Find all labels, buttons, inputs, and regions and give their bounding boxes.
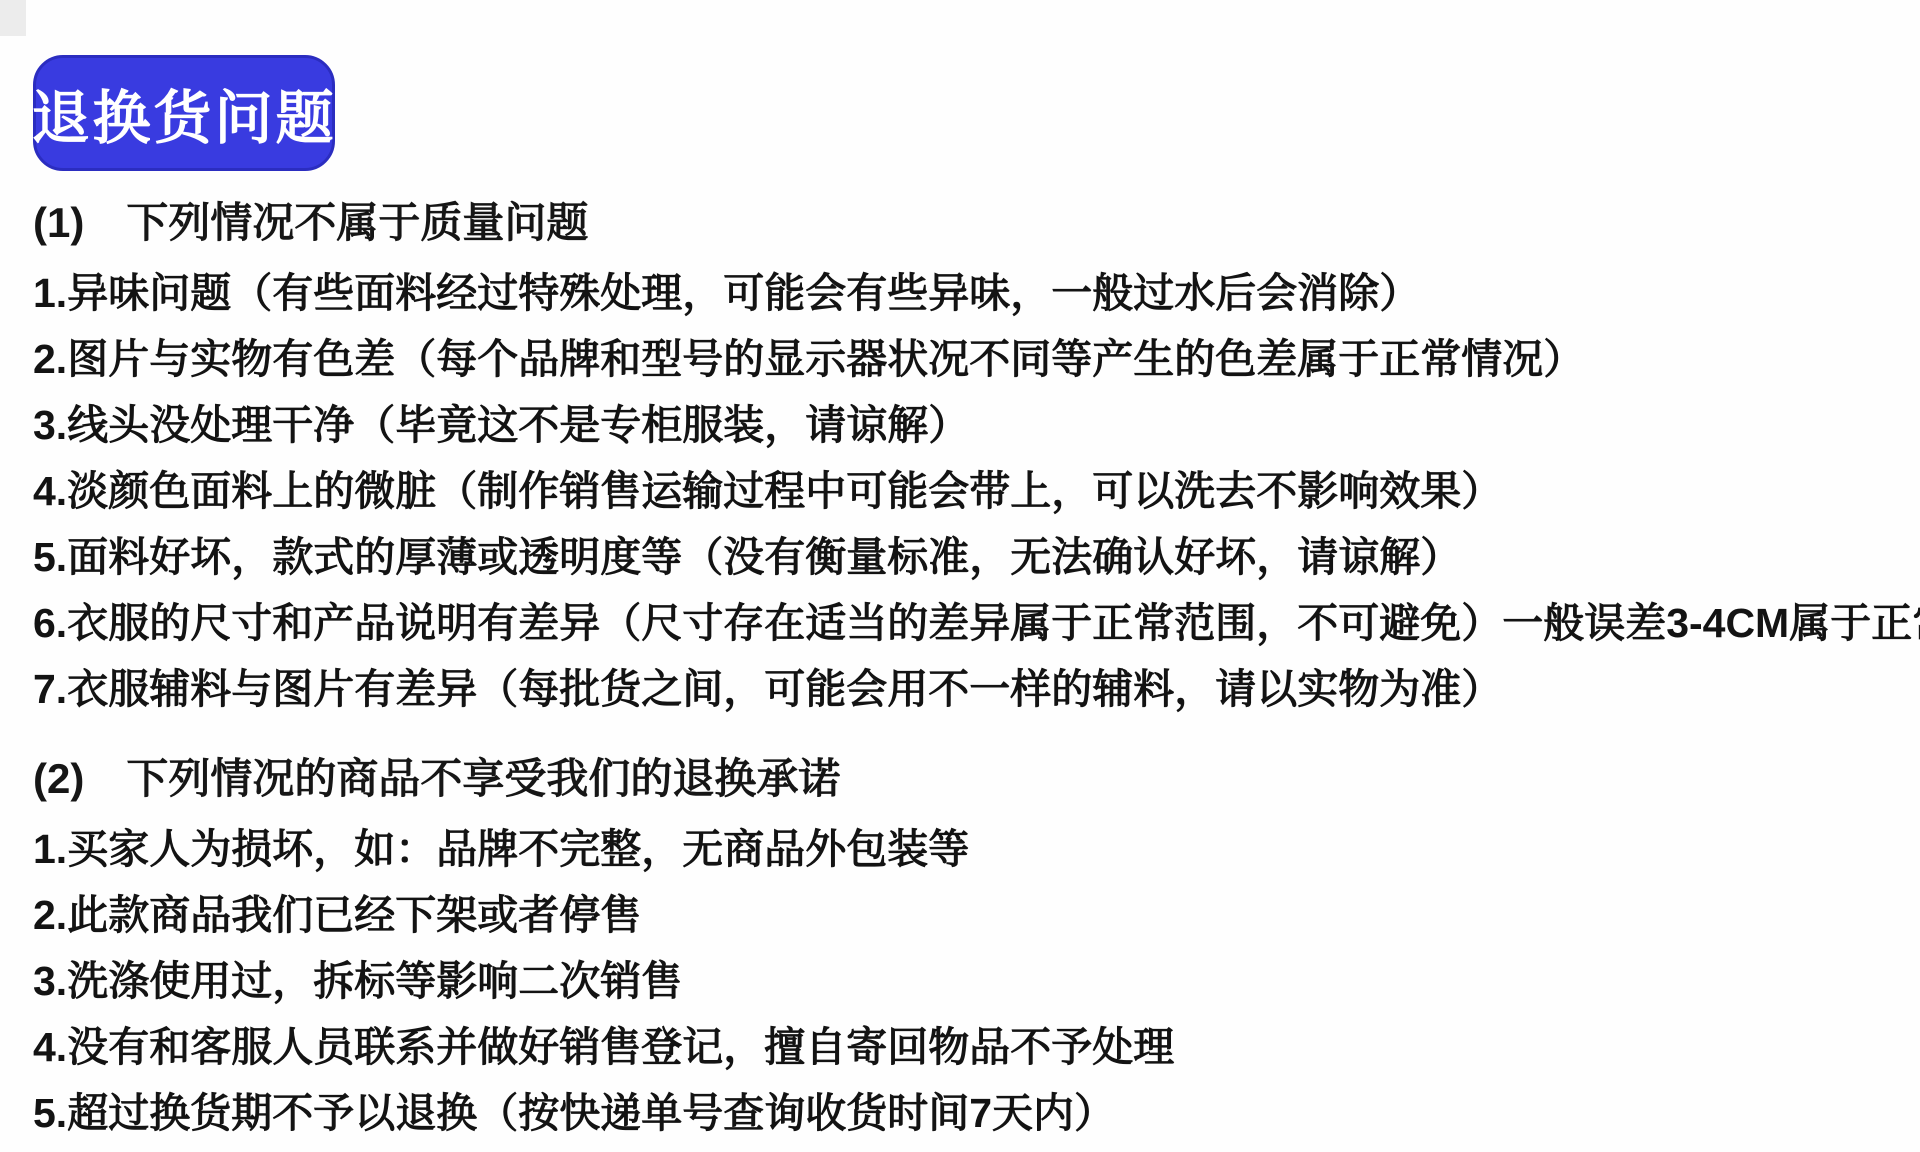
list-item: 2.此款商品我们已经下架或者停售 (33, 882, 1917, 948)
list-item: 1.买家人为损坏，如：品牌不完整，无商品外包装等 (33, 816, 1917, 882)
list-item: 6.衣服的尺寸和产品说明有差异（尺寸存在适当的差异属于正常范围，不可避免）一般误… (33, 590, 1917, 656)
list-item: 3.线头没处理干净（毕竟这不是专柜服装，请谅解） (33, 392, 1917, 458)
section-1-heading: (1) 下列情况不属于质量问题 (33, 186, 1917, 260)
section-2-heading: (2) 下列情况的商品不享受我们的退换承诺 (33, 742, 1917, 816)
list-item: 4.没有和客服人员联系并做好销售登记，擅自寄回物品不予处理 (33, 1014, 1917, 1080)
list-item: 4.淡颜色面料上的微脏（制作销售运输过程中可能会带上，可以洗去不影响效果） (33, 458, 1917, 524)
scan-artifact (0, 0, 26, 36)
list-item: 2.图片与实物有色差（每个品牌和型号的显示器状况不同等产生的色差属于正常情况） (33, 326, 1917, 392)
list-item: 3.洗涤使用过，拆标等影响二次销售 (33, 948, 1917, 1014)
return-policy-notice: 退换货问题 (1) 下列情况不属于质量问题 1.异味问题（有些面料经过特殊处理，… (0, 0, 1920, 1152)
list-item: 1.异味问题（有些面料经过特殊处理，可能会有些异味，一般过水后会消除） (33, 260, 1917, 326)
title-badge: 退换货问题 (33, 55, 335, 171)
section-quality-issues: (1) 下列情况不属于质量问题 1.异味问题（有些面料经过特殊处理，可能会有些异… (33, 186, 1917, 722)
section-no-return-cases: (2) 下列情况的商品不享受我们的退换承诺 1.买家人为损坏，如：品牌不完整，无… (33, 742, 1917, 1146)
list-item: 5.超过换货期不予以退换（按快递单号查询收货时间7天内） (33, 1080, 1917, 1146)
list-item: 7.衣服辅料与图片有差异（每批货之间，可能会用不一样的辅料，请以实物为准） (33, 656, 1917, 722)
list-item: 5.面料好坏，款式的厚薄或透明度等（没有衡量标准，无法确认好坏，请谅解） (33, 524, 1917, 590)
page-title: 退换货问题 (32, 71, 337, 155)
policy-content: (1) 下列情况不属于质量问题 1.异味问题（有些面料经过特殊处理，可能会有些异… (33, 186, 1917, 1146)
